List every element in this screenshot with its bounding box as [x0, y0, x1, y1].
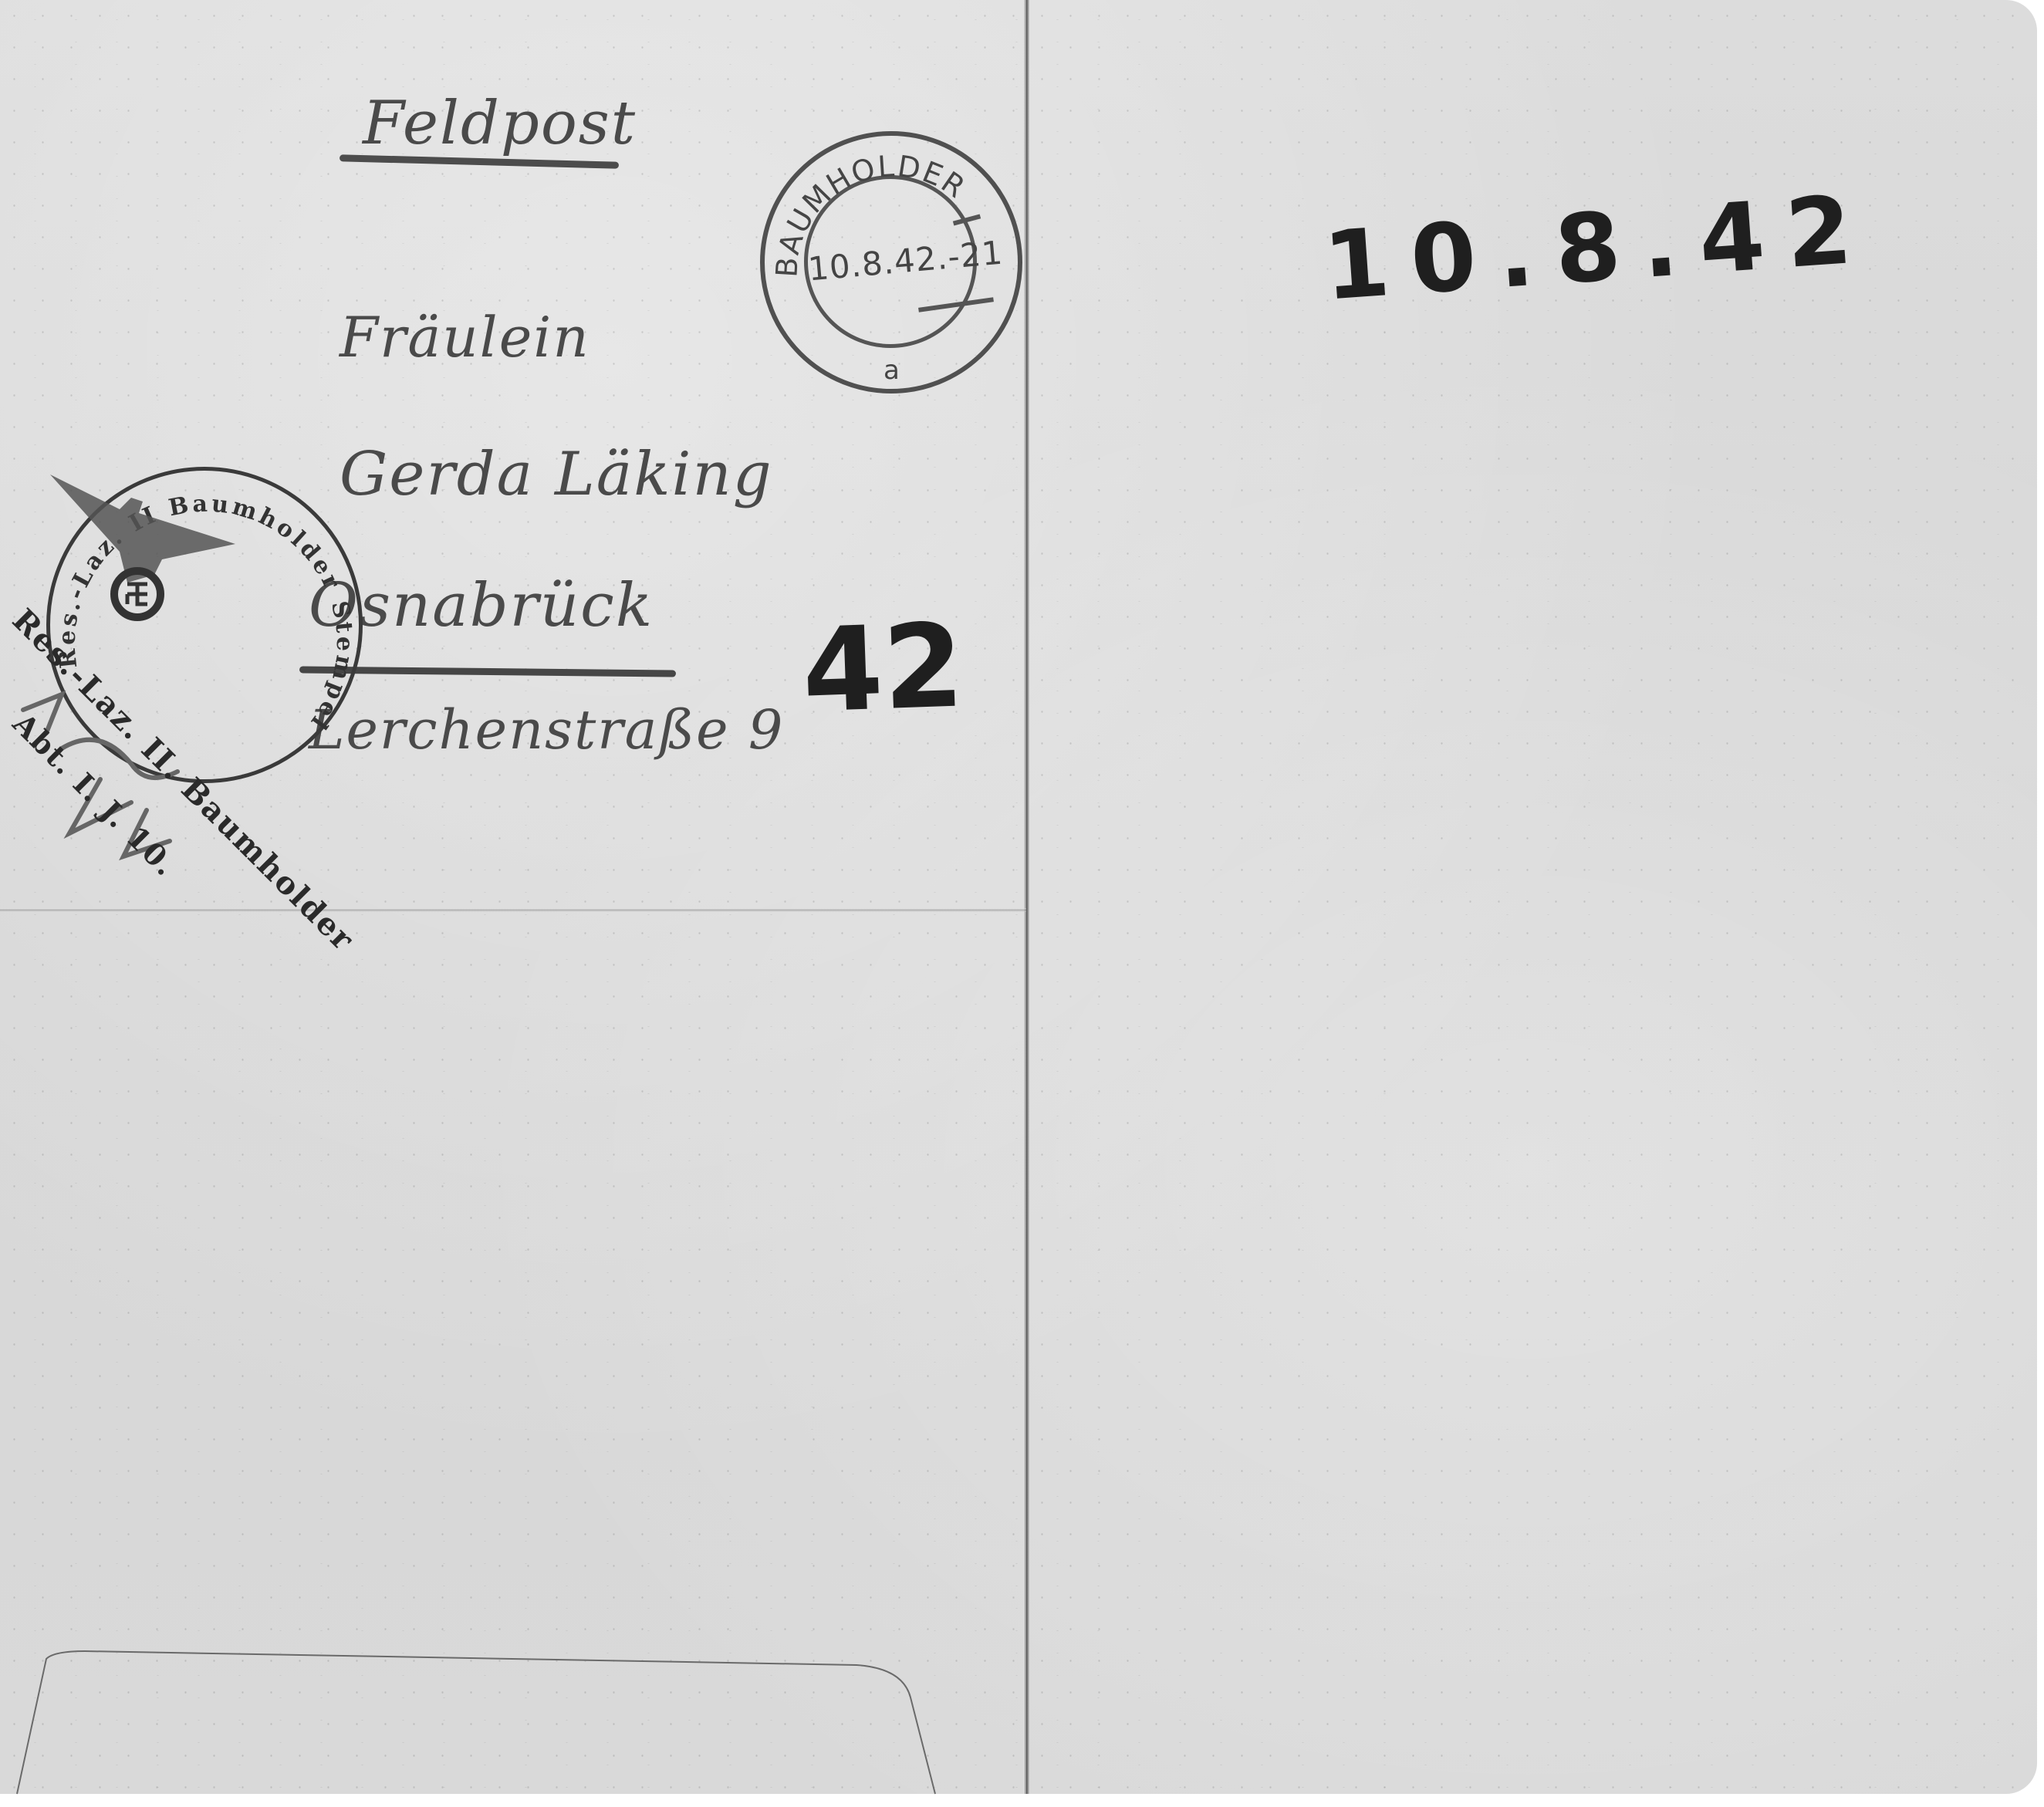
feldpost-note: Feldpost	[363, 89, 637, 158]
postmark-stamp: BAUMHOLDER 10.8.42.-21 a	[760, 131, 1022, 393]
recipient-street: Lerchenstraße 9	[309, 698, 784, 762]
horizontal-fold-crease	[0, 908, 1026, 912]
postmark-letter: a	[883, 355, 900, 386]
eagle-emblem-icon	[46, 467, 239, 621]
recipient-title: Fräulein	[340, 305, 590, 370]
sequence-number: 42	[800, 599, 966, 738]
recipient-name: Gerda Läking	[340, 440, 773, 509]
vertical-fold-crease	[1023, 0, 1029, 1794]
